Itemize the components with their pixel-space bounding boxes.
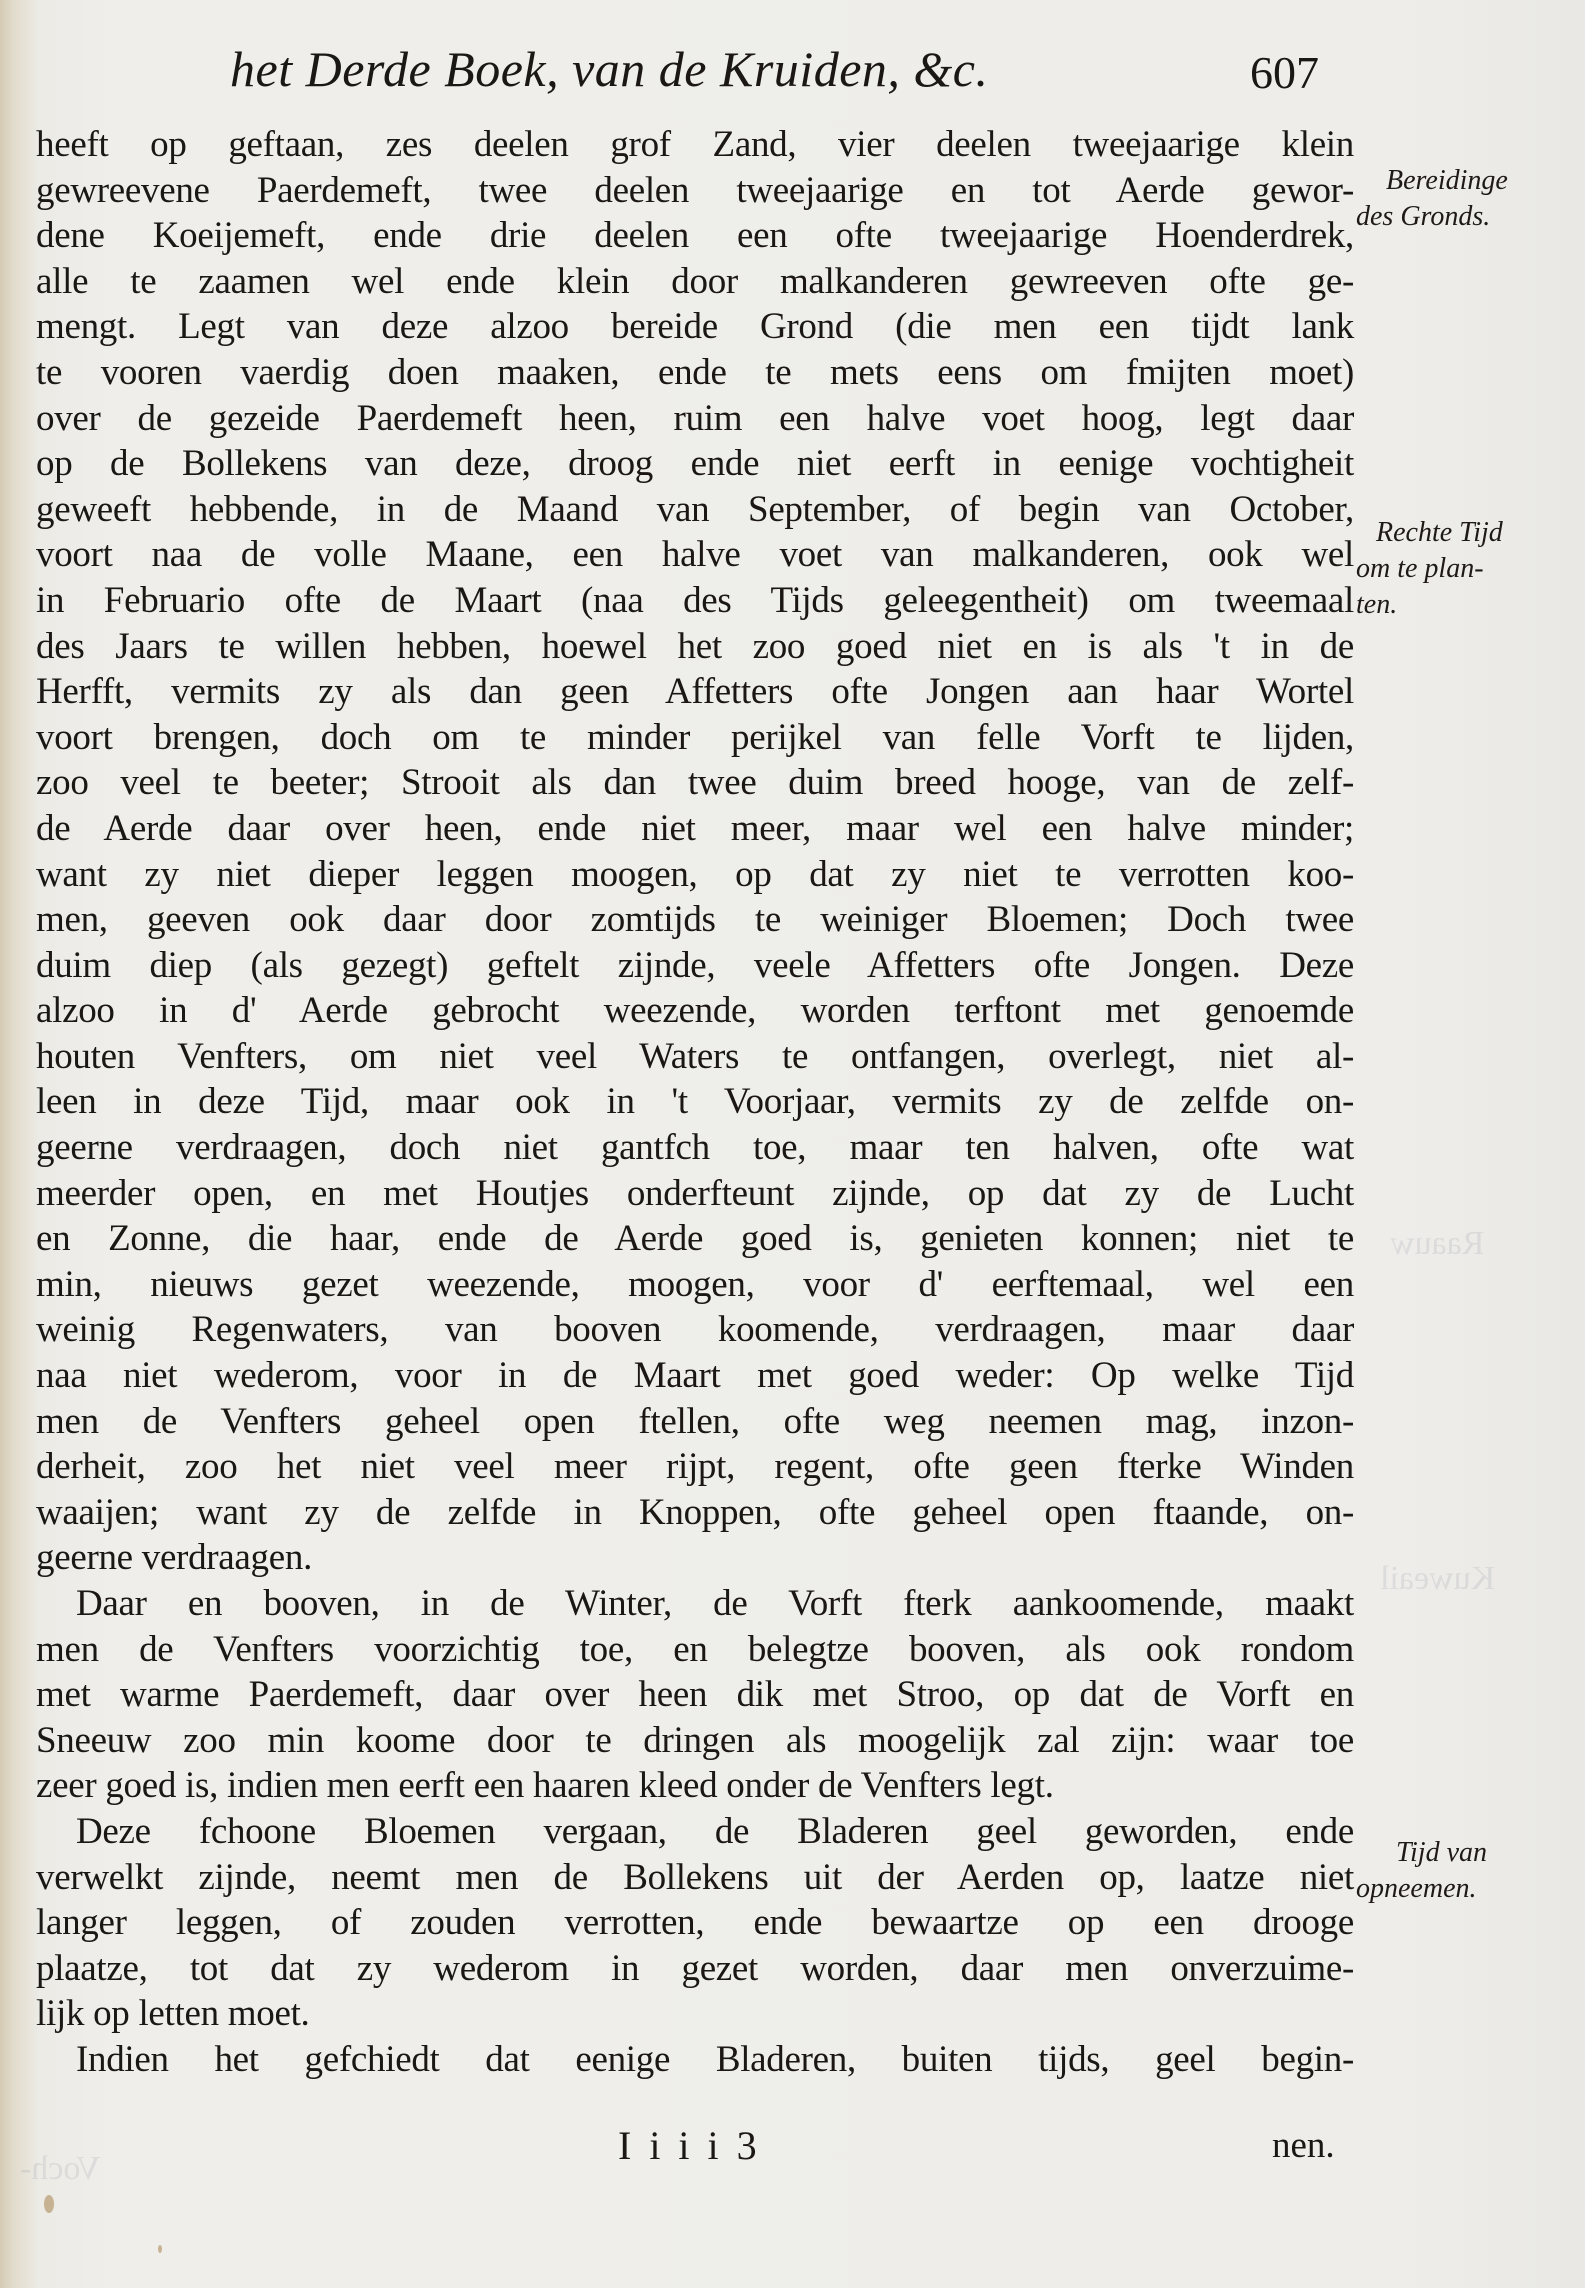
text-line: Sneeuw zoo min koome door te dringen als… [36, 1718, 1354, 1764]
text-line: waaijen; want zy de zelfde in Knoppen, o… [36, 1490, 1354, 1536]
text-line: gewreevene Paerdemeft, twee deelen tweej… [36, 168, 1354, 214]
text-line: verwelkt zijnde, neemt men de Bollekens … [36, 1855, 1354, 1901]
text-line: voort naa de volle Maane, een halve voet… [36, 532, 1354, 578]
margin-note-line: ten. [1356, 587, 1571, 623]
paper-speck [44, 2195, 54, 2213]
text-line: min, nieuws gezet weezende, moogen, voor… [36, 1262, 1354, 1308]
text-line: geerne verdraagen, doch niet gantfch toe… [36, 1125, 1354, 1171]
text-line: men de Venfters geheel open ftellen, oft… [36, 1399, 1354, 1445]
text-line: te vooren vaerdig doen maaken, ende te m… [36, 350, 1354, 396]
page-number: 607 [1250, 46, 1319, 99]
margin-note-line: Rechte Tijd [1356, 515, 1571, 551]
text-line: heeft op geftaan, zes deelen grof Zand, … [36, 122, 1354, 168]
text-line: alzoo in d' Aerde gebrocht weezende, wor… [36, 988, 1354, 1034]
text-line: houten Venfters, om niet veel Waters te … [36, 1034, 1354, 1080]
bleed-through-text: Voch- [20, 2150, 101, 2188]
text-line: Herfft, vermits zy als dan geen Affetter… [36, 669, 1354, 715]
text-line: geerne verdraagen. [36, 1535, 1354, 1581]
text-line: in Februario ofte de Maart (naa des Tijd… [36, 578, 1354, 624]
margin-note-line: des Gronds. [1356, 199, 1571, 235]
paper-speck [158, 2245, 162, 2253]
text-line: zoo veel te beeter; Strooit als dan twee… [36, 760, 1354, 806]
margin-note-bereidinge: Bereidinge des Gronds. [1356, 163, 1571, 235]
text-line: derheit, zoo het niet veel meer rijpt, r… [36, 1444, 1354, 1490]
text-line: mengt. Legt van deze alzoo bereide Grond… [36, 304, 1354, 350]
text-line: lijk op letten moet. [36, 1991, 1354, 2037]
text-line-paragraph-start: Daar en booven, in de Winter, de Vorft f… [36, 1581, 1354, 1627]
running-head: het Derde Boek, van de Kruiden, &c. 607 [230, 40, 1360, 110]
bleed-through-text: Kuweail [1380, 1560, 1495, 1598]
text-line: leen in deze Tijd, maar ook in 't Voorja… [36, 1079, 1354, 1125]
margin-note-line: om te plan- [1356, 551, 1571, 587]
margin-note-line: opneemen. [1356, 1871, 1571, 1907]
text-line: men, geeven ook daar door zomtijds te we… [36, 897, 1354, 943]
book-page: Raauw Kuweail Voch- het Derde Boek, van … [0, 0, 1585, 2288]
running-head-title: het Derde Boek, van de Kruiden, &c. [230, 40, 988, 98]
text-line: over de gezeide Paerdemeft heen, ruim ee… [36, 396, 1354, 442]
text-line: met warme Paerdemeft, daar over heen dik… [36, 1672, 1354, 1718]
text-line: des Jaars te willen hebben, hoewel het z… [36, 624, 1354, 670]
text-line: alle te zaamen wel ende klein door malka… [36, 259, 1354, 305]
text-line: langer leggen, of zouden verrotten, ende… [36, 1900, 1354, 1946]
text-line: want zy niet dieper leggen moogen, op da… [36, 852, 1354, 898]
text-line: de Aerde daar over heen, ende niet meer,… [36, 806, 1354, 852]
text-line: naa niet wederom, voor in de Maart met g… [36, 1353, 1354, 1399]
text-line: dene Koeijemeft, ende drie deelen een of… [36, 213, 1354, 259]
margin-note-line: Tijd van [1356, 1835, 1571, 1871]
text-line: en Zonne, die haar, ende de Aerde goed i… [36, 1216, 1354, 1262]
text-line: op de Bollekens van deze, droog ende nie… [36, 441, 1354, 487]
text-line: zeer goed is, indien men eerft een haare… [36, 1763, 1354, 1809]
text-line: duim diep (als gezegt) geftelt zijnde, v… [36, 943, 1354, 989]
text-line: men de Venfters voorzichtig toe, en bele… [36, 1627, 1354, 1673]
body-text: heeft op geftaan, zes deelen grof Zand, … [36, 122, 1354, 2083]
text-line: plaatze, tot dat zy wederom in gezet wor… [36, 1946, 1354, 1992]
text-line: weinig Regenwaters, van booven koomende,… [36, 1307, 1354, 1353]
text-line: voort brengen, doch om te minder perijke… [36, 715, 1354, 761]
catchword: nen. [1272, 2124, 1335, 2167]
bleed-through-text: Raauw [1390, 1225, 1484, 1263]
signature-mark: Iiii3 [618, 2122, 775, 2169]
text-line: geweeft hebbende, in de Maand van Septem… [36, 487, 1354, 533]
margin-note-rechte-tijd: Rechte Tijd om te plan- ten. [1356, 515, 1571, 623]
text-line: meerder open, en met Houtjes onderfteunt… [36, 1171, 1354, 1217]
text-line-paragraph-start: Deze fchoone Bloemen vergaan, de Bladere… [36, 1809, 1354, 1855]
margin-note-line: Bereidinge [1356, 163, 1571, 199]
text-line-paragraph-start: Indien het gefchiedt dat eenige Bladeren… [36, 2037, 1354, 2083]
margin-note-tijd-van-opneemen: Tijd van opneemen. [1356, 1835, 1571, 1907]
